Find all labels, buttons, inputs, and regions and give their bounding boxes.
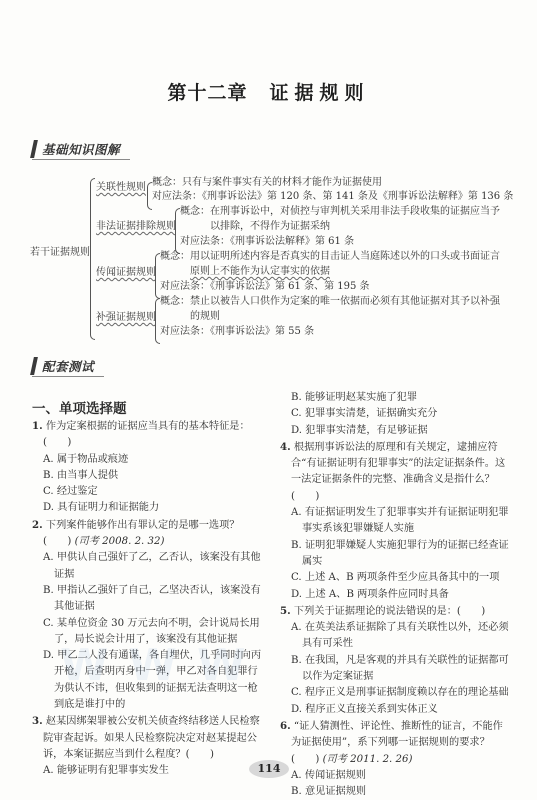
- option[interactable]: A. 甲供认自己强奸了乙，乙否认，该案没有其他证据: [43, 550, 264, 583]
- option[interactable]: A. 在英美法系证据除了具有关联性以外，还必须具有可采性: [291, 620, 512, 653]
- option[interactable]: A. 属于物品或痕迹: [43, 452, 264, 468]
- question-4: 4. 根据刑事诉讼法的原理和有关规定，逮捕应符合“有证据证明有犯罪事实”的法定证…: [280, 439, 512, 505]
- rule-concept-cont: 以排除，不得作为证据采纳: [210, 219, 330, 234]
- rule-concept-cont: 的规则: [190, 309, 220, 324]
- option[interactable]: C. 上述 A、B 两项条件至少应具备其中的一项: [291, 570, 512, 586]
- question-1: 1. 作为定案根据的证据应当具有的基本特征是：( ): [32, 418, 264, 452]
- question-stem: 赵某因绑架罪被公安机关侦查终结移送人民检察院审查起诉。如果人民检察院决定对赵某提…: [43, 716, 260, 760]
- rule-name-hearsay: 传闻证据规则: [96, 265, 156, 280]
- question-stem: 根据刑事诉讼法的原理和有关规定，逮捕应符合“有证据证明有犯罪事实”的法定证据条件…: [291, 442, 505, 502]
- exam-reference: (司考 2008. 2. 32): [75, 536, 165, 547]
- root-brace: [90, 178, 95, 340]
- single-choice-heading: 一、单项选择题: [32, 397, 127, 417]
- option[interactable]: B. 由当事人提供: [43, 468, 264, 484]
- question-stem: 作为定案根据的证据应当具有的基本特征是：( ): [43, 421, 250, 448]
- option[interactable]: B. 证明犯罪嫌疑人实施犯罪行为的证据已经查证属实: [291, 538, 512, 571]
- chapter-number: 第十二章: [167, 82, 247, 104]
- option[interactable]: D. 犯罪事实清楚，有足够证据: [291, 423, 512, 439]
- chapter-name: 证据规则: [270, 82, 370, 104]
- rule-concept-cont: 原则上不能作为认定事实的依据: [190, 264, 330, 279]
- option[interactable]: B. 在我国，凡是客观的并具有关联性的证据都可以作为定案证据: [291, 653, 512, 686]
- option[interactable]: D. 程序正义直接关系到实体正义: [291, 702, 512, 718]
- option[interactable]: D. 具有证明力和证据能力: [43, 500, 264, 516]
- option[interactable]: C. 程序正义是刑事证据制度赖以存在的理论基础: [291, 685, 512, 701]
- rule-law: 对应法条：《刑事诉讼法》第 61 条、第 195 条: [160, 279, 370, 294]
- rule-law: 对应法条：《刑事诉讼法解释》第 61 条: [180, 234, 354, 249]
- rule-concept: 概念：用以证明所述内容是否真实的目击证人当庭陈述以外的口头或书面证言: [160, 249, 500, 264]
- question-3: 3. 赵某因绑架罪被公安机关侦查终结移送人民检察院审查起诉。如果人民检察院决定对…: [32, 713, 264, 763]
- option[interactable]: C. 犯罪事实清楚，证据确实充分: [291, 406, 512, 422]
- section-tag-label: 基础知识图解: [42, 140, 120, 158]
- option[interactable]: A. 能够证明有犯罪事实发生: [43, 763, 264, 779]
- section-tag-label: 配套测试: [42, 357, 94, 375]
- option[interactable]: A. 有证据证明发生了犯罪事实并有证据证明犯罪事实系该犯罪嫌疑人实施: [291, 505, 512, 538]
- option[interactable]: C. 经过鉴定: [43, 484, 264, 500]
- option[interactable]: B. 意见证据规则: [291, 784, 512, 800]
- option[interactable]: C. 某单位资金 30 万元去向不明，会计说局长用了，局长说会计用了，该案没有其…: [43, 616, 264, 649]
- option[interactable]: B. 甲指认乙强奸了自己，乙坚决否认，该案没有其他证据: [43, 583, 264, 616]
- option[interactable]: D. 甲乙二人没有通谋，各自埋伏，几乎同时向丙开枪，后查明丙身中一弹，甲乙对各自…: [43, 648, 264, 713]
- diagram-root: 若干证据规则: [30, 245, 90, 260]
- chapter-title: 第十二章证据规则: [0, 78, 537, 105]
- exam-reference: (司考 2011. 2. 26): [323, 754, 413, 765]
- section-tag-test: 配套测试: [32, 356, 104, 377]
- rule-concept: 概念：只有与案件事实有关的材料才能作为证据使用: [152, 175, 382, 190]
- page-number: 114: [249, 760, 289, 778]
- left-column: 1. 作为定案根据的证据应当具有的基本特征是：( ) A. 属于物品或痕迹 B.…: [32, 418, 264, 780]
- tag-bar-icon: [30, 357, 38, 375]
- rule-name-relevance: 关联性规则: [96, 180, 146, 195]
- question-5: 5. 下列关于证据理论的说法错误的是：( ): [280, 603, 512, 620]
- question-2: 2. 下列案件能够作出有罪认定的是哪一选项？( ) (司考 2008. 2. 3…: [32, 517, 264, 551]
- rule-law: 对应法条：《刑事诉讼法》第 55 条: [160, 324, 314, 339]
- tag-bar-icon: [30, 140, 38, 158]
- option[interactable]: D. 上述 A、B 两项条件应同时具备: [291, 587, 512, 603]
- question-stem: 下列关于证据理论的说法错误的是：( ): [294, 606, 485, 617]
- question-6: 6. “证人猜测性、评论性、推断性的证言，不能作为证据使用”，系下列哪一证据规则…: [280, 718, 512, 768]
- rule-name-corroboration: 补强证据规则: [96, 310, 156, 325]
- option[interactable]: A. 传闻证据规则: [291, 768, 512, 784]
- option[interactable]: B. 能够证明赵某实施了犯罪: [291, 390, 512, 406]
- right-column: B. 能够证明赵某实施了犯罪 C. 犯罪事实清楚，证据确实充分 D. 犯罪事实清…: [280, 390, 512, 800]
- rule-concept: 概念：禁止以被告人口供作为定案的唯一依据而必须有其他证据对其予以补强: [160, 294, 500, 309]
- rule-concept: 概念：在刑事诉讼中，对侦控与审判机关采用非法手段收集的证据应当予: [180, 204, 500, 219]
- rule-name-illegal-exclusion: 非法证据排除规则: [96, 219, 176, 234]
- section-tag-diagram: 基础知识图解: [32, 139, 130, 160]
- rule-law: 对应法条：《刑事诉讼法》第 120 条、第 141 条及《刑事诉讼法解释》第 1…: [152, 189, 513, 204]
